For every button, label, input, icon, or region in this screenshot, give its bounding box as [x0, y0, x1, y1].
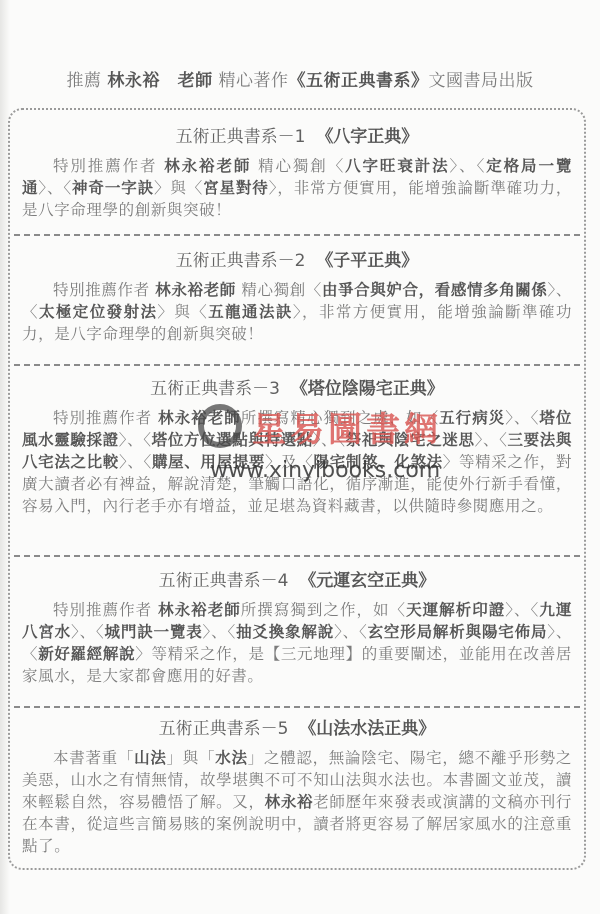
paragraph-text: 〉與〈 [154, 179, 203, 197]
emphasized-term: 林永裕 [265, 792, 314, 811]
emphasized-term: 天運解析印證 [406, 600, 505, 619]
emphasized-term: 林永裕老師 [158, 408, 241, 427]
book-title: 《塔位陰陽宅正典》 [291, 379, 444, 399]
book-section-4: 五術正典書系－4 《元運玄空正典》 特別推薦作者 林永裕老師所撰寫獨到之作，如〈… [14, 566, 580, 687]
paragraph-text: 〉、〈 [71, 623, 105, 641]
header-author: 林永裕 [107, 71, 160, 91]
paragraph-text: 所撰寫精心獨到之處，如〈 [241, 409, 439, 427]
paragraph-text: 精心獨創〈 [236, 281, 322, 299]
paragraph-text: 特別推薦作者 [53, 157, 164, 175]
paragraph-text: 」與「 [167, 749, 216, 767]
paragraph-text: 〉、〈 [38, 179, 72, 197]
paragraph-text: 〉及〈 [265, 453, 313, 471]
section-title: 五術正典書系－2 《子平正典》 [14, 246, 580, 271]
emphasized-term: 城門訣一覽表 [105, 622, 203, 641]
section-divider [14, 706, 580, 708]
section-divider [14, 234, 580, 236]
paragraph-text: 〉、〈 [450, 157, 487, 175]
emphasized-term: 新好羅經解說 [38, 644, 135, 663]
paragraph-text: 〉、〈 [203, 623, 237, 641]
paragraph-text: 〉、〈 [313, 431, 346, 449]
book-section-3: 五術正典書系－3 《塔位陰陽宅正典》 特別推薦作者 林永裕老師所撰寫精心獨到之處… [14, 374, 580, 517]
paragraph-text: 特別推薦作者 [53, 601, 158, 619]
paragraph-text: 〉、〈 [475, 431, 508, 449]
paragraph-text: 所撰寫獨到之作，如〈 [241, 601, 406, 619]
book-title: 《元運玄空正典》 [299, 571, 435, 591]
series-number: 五術正典書系－5 [159, 719, 289, 739]
paragraph-text: 〉、〈 [505, 409, 539, 427]
emphasized-term: 水法 [215, 748, 247, 767]
book-title: 《山法水法正典》 [299, 719, 435, 739]
paragraph-text: 特別推薦作者 [53, 281, 155, 299]
book-section-5: 五術正典書系－5 《山法水法正典》 本書著重「山法」與「水法」之體認，無論陰宅、… [14, 714, 580, 857]
emphasized-term: 塔位方位選點與特選點 [152, 430, 313, 449]
emphasized-term: 由爭合與妒合，看感情多角關係 [322, 280, 548, 299]
section-title: 五術正典書系－4 《元運玄空正典》 [14, 566, 580, 591]
paragraph-text: 〉、〈 [505, 601, 539, 619]
book-section-1: 五術正典書系－1 《八字正典》 特別推薦作者 林永裕老師 精心獨創〈八字旺衰計法… [14, 122, 580, 221]
book-title: 《八字正典》 [316, 127, 418, 147]
book-section-2: 五術正典書系－2 《子平正典》 特別推薦作者 林永裕老師 精心獨創〈由爭合與妒合… [14, 246, 580, 345]
paragraph-text: 本書著重「 [53, 749, 134, 767]
emphasized-term: 購屋、用屋提要 [152, 452, 265, 471]
section-title: 五術正典書系－1 《八字正典》 [14, 122, 580, 147]
emphasized-term: 五行病災 [439, 408, 505, 427]
series-number: 五術正典書系－2 [176, 251, 306, 271]
section-title: 五術正典書系－5 《山法水法正典》 [14, 714, 580, 739]
emphasized-term: 八字旺衰計法 [345, 156, 449, 175]
section-paragraph: 特別推薦作者 林永裕老師 精心獨創〈由爭合與妒合，看感情多角關係〉、〈太極定位發… [22, 279, 572, 345]
emphasized-term: 林永裕老師 [164, 156, 251, 175]
header-mid: 精心著作 [219, 71, 289, 91]
emphasized-term: 林永裕老師 [158, 600, 241, 619]
page-header: 推薦 林永裕 老師 精心著作《五術正典書系》文國書局出版 [0, 66, 600, 91]
emphasized-term: 陽宅制煞、化煞法 [314, 452, 443, 471]
emphasized-term: 林永裕老師 [155, 280, 236, 299]
section-paragraph: 特別推薦作者 林永裕老師所撰寫精心獨到之處，如〈五行病災〉、〈塔位風水靈驗採證〉… [22, 407, 572, 517]
paragraph-text: 〉、〈 [119, 431, 152, 449]
header-prefix: 推薦 [66, 71, 101, 91]
series-number: 五術正典書系－3 [150, 379, 280, 399]
paragraph-text: 〉、〈 [119, 453, 152, 471]
emphasized-term: 五龍通法訣 [208, 302, 293, 321]
header-role: 老師 [178, 71, 213, 91]
emphasized-term: 太極定位發射法 [39, 302, 157, 321]
series-number: 五術正典書系－4 [159, 571, 289, 591]
emphasized-term: 祭祀與陰宅之迷思 [346, 430, 475, 449]
paragraph-text: 〉與〈 [157, 303, 208, 321]
paragraph-text: 〉、〈 [334, 623, 368, 641]
book-title: 《子平正典》 [316, 251, 418, 271]
series-number: 五術正典書系－1 [176, 127, 306, 147]
section-divider [14, 364, 580, 366]
section-paragraph: 本書著重「山法」與「水法」之體認，無論陰宅、陽宅，總不離乎形勢之美惡，山水之有情… [22, 747, 572, 857]
section-title: 五術正典書系－3 《塔位陰陽宅正典》 [14, 374, 580, 399]
paragraph-text: 精心獨創〈 [251, 157, 345, 175]
section-divider [14, 555, 580, 557]
emphasized-term: 神奇一字訣 [72, 178, 154, 197]
paragraph-text: 特別推薦作者 [53, 409, 158, 427]
header-series: 《五術正典書系》 [289, 71, 429, 91]
emphasized-term: 山法 [134, 748, 166, 767]
emphasized-term: 宮星對待 [203, 178, 269, 197]
emphasized-term: 抽爻換象解說 [236, 622, 334, 641]
section-paragraph: 特別推薦作者 林永裕老師所撰寫獨到之作，如〈天運解析印證〉、〈九運八宮水〉、〈城… [22, 599, 572, 687]
emphasized-term: 玄空形局解析與陽宅佈局 [368, 622, 548, 641]
header-publisher: 文國書局出版 [429, 71, 534, 91]
section-paragraph: 特別推薦作者 林永裕老師 精心獨創〈八字旺衰計法〉、〈定格局一覽通〉、〈神奇一字… [22, 155, 572, 221]
